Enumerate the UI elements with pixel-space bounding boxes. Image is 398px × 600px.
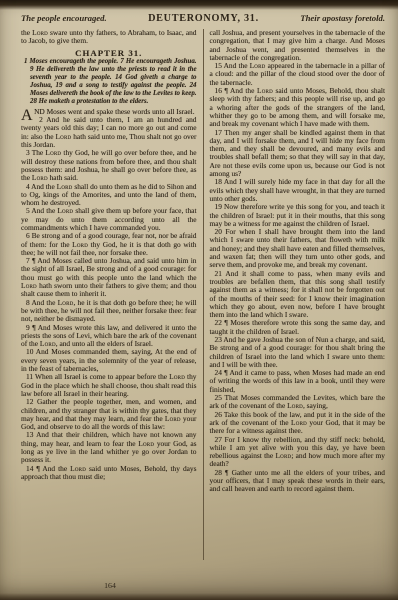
verse-20: 20 For when I shall have brought them in… [210, 228, 386, 269]
book-page-photo: The people encouraged. DEUTERONOMY, 31. … [0, 0, 398, 600]
page-number: 164 [21, 581, 199, 590]
verse-23: 23 And he gave Joshua the son of Nun a c… [210, 336, 386, 369]
chapter-summary: 1 Moses encourageth the people. 7 He enc… [21, 58, 197, 105]
verse-26: 26 Take this book of the law, and put it… [210, 411, 386, 436]
verse-continuation: the Lord sware unto thy fathers, to Abra… [21, 29, 197, 46]
verse-13: 13 And that their children, which have n… [21, 431, 197, 464]
verse-9: 9 ¶ And Moses wrote this law, and delive… [21, 324, 197, 349]
verse-14-continuation: call Joshua, and present yourselves in t… [210, 29, 386, 62]
verse-15: 15 And the Lord appeared in the tabernac… [210, 62, 386, 87]
verse-3: 3 The Lord thy God, he will go over befo… [21, 149, 197, 182]
verse-16: 16 ¶ And the Lord said unto Moses, Behol… [210, 87, 386, 128]
verse-18: 18 And I will surely hide my face in tha… [210, 178, 386, 203]
verse-19: 19 Now therefore write ye this song for … [210, 203, 386, 228]
text-columns: the Lord sware unto thy fathers, to Abra… [21, 29, 385, 560]
bible-page: The people encouraged. DEUTERONOMY, 31. … [21, 13, 385, 600]
verse-14: 14 ¶ And the Lord said unto Moses, Behol… [21, 465, 197, 482]
verse-5: 5 And the Lord shall give them up before… [21, 207, 197, 232]
verse-22: 22 ¶ Moses therefore wrote this song the… [210, 319, 386, 336]
verse-17: 17 Then my anger shall be kindled agains… [210, 129, 386, 179]
verse-6: 6 Be strong and of a good courage, fear … [21, 232, 197, 257]
running-head-left: The people encouraged. [21, 13, 107, 23]
verse-28: 28 ¶ Gather unto me all the elders of yo… [210, 469, 386, 494]
running-head-title: DEUTERONOMY, 31. [148, 13, 259, 24]
verse-11: 11 When all Israel is come to appear bef… [21, 373, 197, 398]
verse-21: 21 And it shall come to pass, when many … [210, 270, 386, 320]
right-column: call Joshua, and present yourselves in t… [203, 29, 386, 560]
photo-top-edge [0, 0, 398, 10]
verse-8: 8 And the Lord, he it is that doth go be… [21, 299, 197, 324]
verse-2: 2 And he said unto them, I am an hundred… [21, 116, 197, 149]
drop-cap: A [21, 109, 33, 124]
photo-bottom-edge [0, 593, 398, 600]
verse-10: 10 And Moses commanded them, saying, At … [21, 348, 197, 373]
running-head-right: Their apostasy foretold. [300, 13, 385, 23]
verse-25: 25 That Moses commanded the Levites, whi… [210, 394, 386, 411]
running-head: The people encouraged. DEUTERONOMY, 31. … [21, 13, 385, 24]
left-column: the Lord sware unto thy fathers, to Abra… [21, 29, 203, 560]
verse-7: 7 ¶ And Moses called unto Joshua, and sa… [21, 257, 197, 298]
verse-27: 27 For I know thy rebellion, and thy sti… [210, 436, 386, 469]
chapter-heading: CHAPTER 31. [21, 49, 197, 57]
verse-24: 24 ¶ And it came to pass, when Moses had… [210, 369, 386, 394]
verse-4: 4 And the Lord shall do unto them as he … [21, 183, 197, 208]
verse-12: 12 Gather the people together, men, and … [21, 398, 197, 431]
